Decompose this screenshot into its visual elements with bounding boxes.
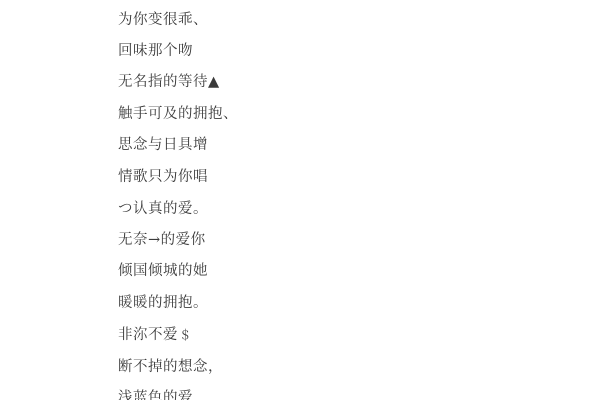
poem-line: 暖暖的拥抱。	[118, 294, 208, 312]
poem-line: 非沵不爱﹩	[118, 326, 193, 344]
poem-line: 无奈→的爱你	[118, 231, 206, 249]
poem-line: つ认真的爱。	[118, 200, 208, 218]
poem-line: 思念与日具增	[118, 136, 208, 154]
poem-line: 情歌只为你唱	[118, 168, 208, 186]
poem-line: 浅蓝色的爱	[118, 389, 193, 400]
document-page: 为你变很乖、 回味那个吻 无名指的等待▲ 触手可及的拥抱、 思念与日具增 情歌只…	[0, 0, 600, 400]
poem-line: 回味那个吻	[118, 42, 193, 60]
poem-line: 触手可及的拥抱、	[118, 105, 238, 123]
poem-line: 为你变很乖、	[118, 11, 208, 29]
poem-line: 倾国倾城的她	[118, 262, 208, 280]
poem-line: 无名指的等待▲	[118, 73, 220, 91]
poem-line: 断不掉的想念，	[118, 358, 223, 376]
